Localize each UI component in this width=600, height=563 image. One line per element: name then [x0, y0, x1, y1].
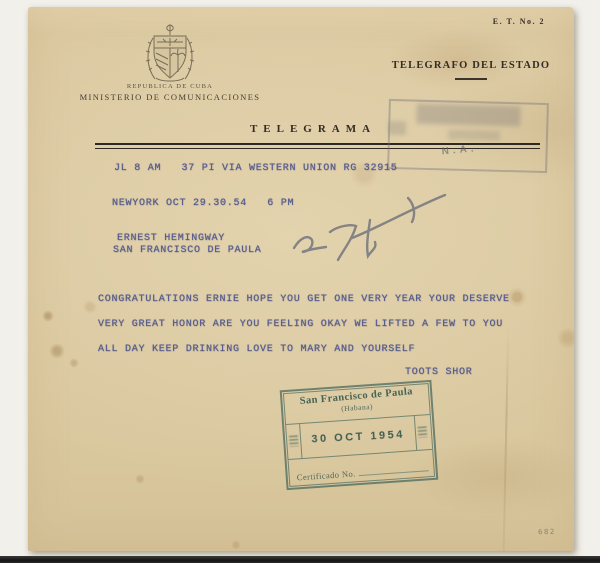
paper-crease: [503, 327, 510, 551]
message-line: VERY GREAT HONOR ARE YOU FEELING OKAY WE…: [98, 319, 503, 330]
pencil-corner-note: 682: [538, 528, 556, 537]
recipient-address: SAN FRANCISCO DE PAULA: [113, 245, 262, 256]
stamp-left-mark: [289, 435, 299, 447]
stamp-right-mark: [418, 426, 428, 438]
scanner-edge: [0, 556, 600, 563]
message-line: ALL DAY KEEP DRINKING LOVE TO MARY AND Y…: [98, 344, 415, 355]
recipient-name: ERNEST HEMINGWAY: [117, 233, 225, 244]
stamp-inner-border: San Francisco de Paula (Habana) 30 OCT 1…: [283, 383, 435, 487]
stamp-right-cell: [414, 415, 432, 450]
state-telegraph-header: TELEGRAFO DEL ESTADO: [386, 60, 556, 80]
faded-ink-stamp: N.A.: [387, 99, 549, 173]
telegram-paper: E. T. No. 2: [28, 7, 574, 551]
receiving-stamp: San Francisco de Paula (Habana) 30 OCT 1…: [280, 380, 439, 490]
header-dash: [455, 78, 487, 80]
scanned-telegram: E. T. No. 2: [0, 0, 600, 563]
handwritten-mark-275: [278, 190, 453, 275]
telegram-title: TELEGRAMA: [228, 123, 398, 135]
stamp-date: 30 OCT 1954: [300, 417, 416, 457]
signature: TOOTS SHOR: [405, 367, 473, 378]
origin-line: NEWYORK OCT 29.30.54 6 PM: [112, 198, 294, 209]
cuba-coat-of-arms-icon: [144, 22, 196, 84]
stamp-smudge: [416, 104, 520, 127]
state-telegraph-label: TELEGRAFO DEL ESTADO: [392, 60, 551, 71]
ministry-line: MINISTERIO DE COMUNICACIONES: [70, 92, 270, 102]
stamp-certificate-label: Certificado No.: [296, 468, 355, 482]
message-line: CONGRATULATIONS ERNIE HOPE YOU GET ONE V…: [98, 294, 510, 305]
faded-stamp-text: N.A.: [441, 143, 478, 157]
republic-line: REPUBLICA DE CUBA: [70, 83, 270, 90]
stamp-certificate-line: [359, 470, 429, 476]
stamp-smudge: [448, 129, 500, 140]
form-number: E. T. No. 2: [493, 17, 545, 26]
stamp-smudge: [388, 121, 406, 135]
routing-line: JL 8 AM 37 PI VIA WESTERN UNION RG 32915: [114, 163, 398, 174]
